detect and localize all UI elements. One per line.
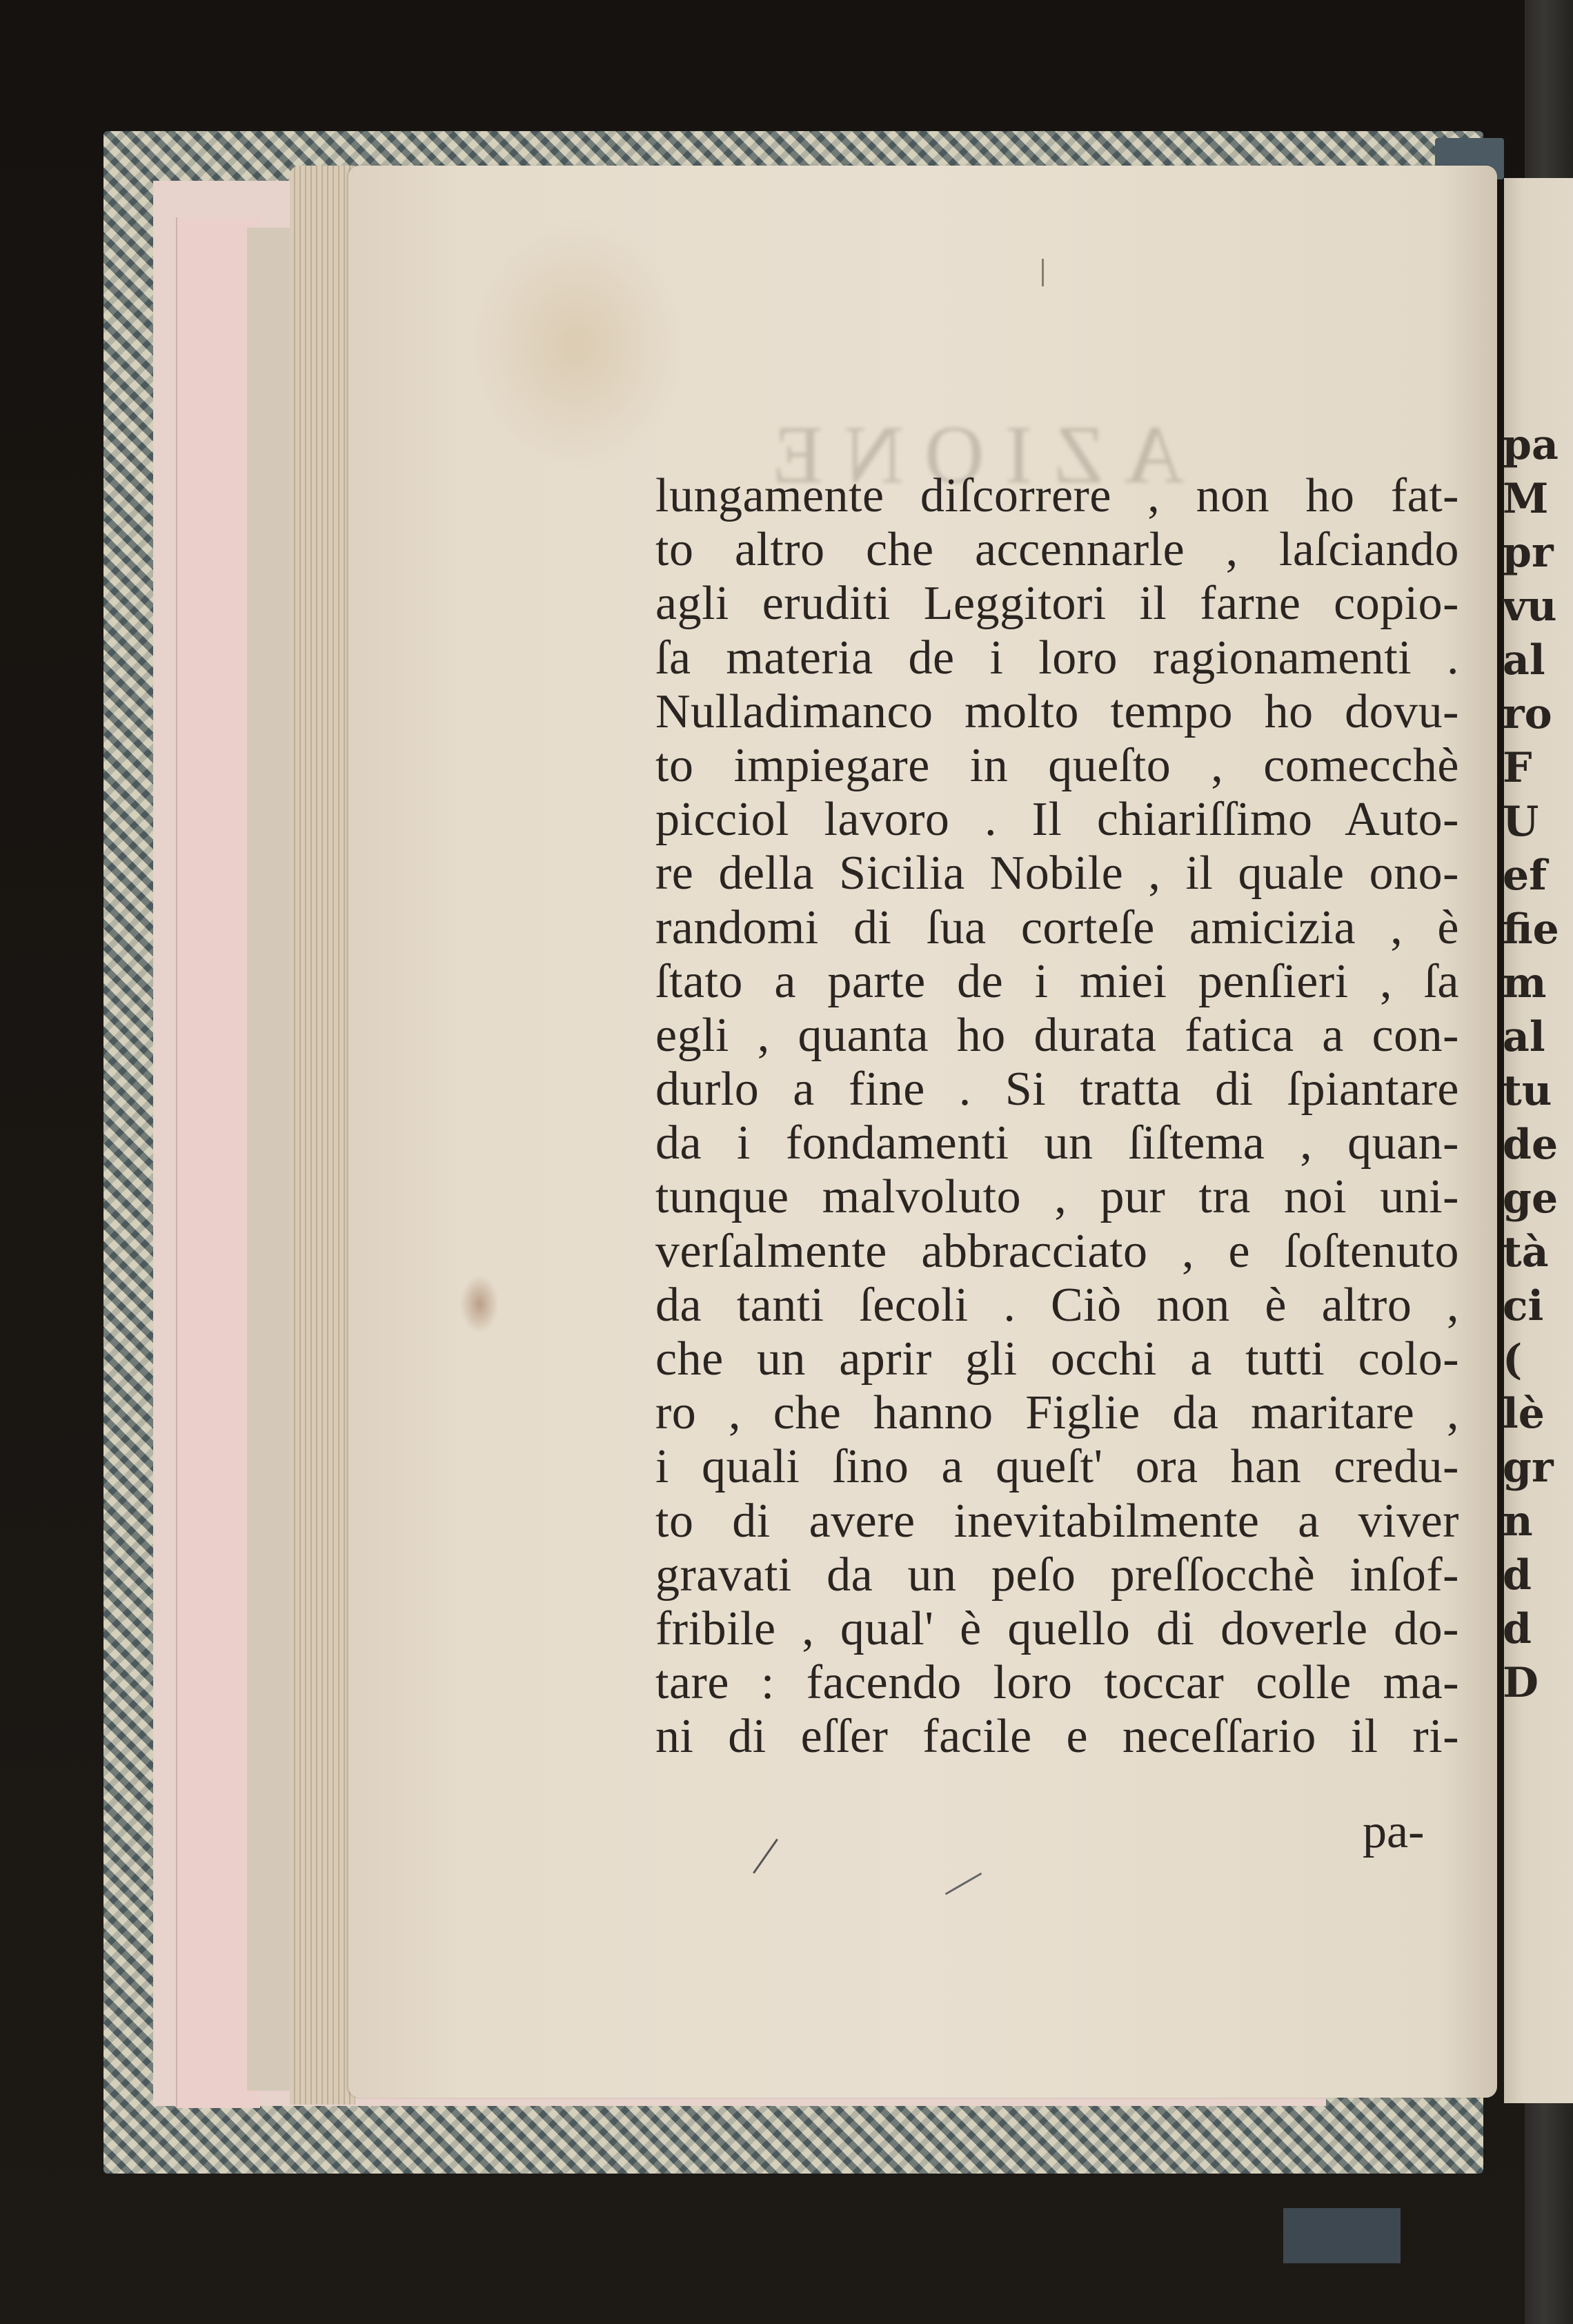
adjacent-page-fragment: F [1503, 747, 1532, 789]
adjacent-page-fragment: fie [1503, 909, 1559, 950]
text-line: ro , che hanno Figlie da maritare , [655, 1386, 1459, 1440]
text-line: tunque malvoluto , pur tra noi uni- [655, 1170, 1459, 1224]
adjacent-page-fragment: pa [1503, 424, 1559, 466]
text-line: ni di eſſer facile e neceſſario il ri- [655, 1710, 1459, 1764]
text-line: Nulladimanco molto tempo ho dovu- [655, 685, 1459, 739]
text-line: ſtato a parte de i miei penſieri , ſa [655, 955, 1459, 1009]
text-line: picciol lavoro . Il chiariſſimo Auto- [655, 793, 1459, 847]
adjacent-page-fragment: lè [1503, 1393, 1545, 1435]
adjacent-page-fragment: ef [1503, 855, 1547, 896]
text-line: tare : facendo loro toccar colle ma- [655, 1656, 1459, 1710]
text-line: da tanti ſecoli . Ciò non è altro , [655, 1279, 1459, 1332]
text-line: to di avere inevitabilmente a viver [655, 1495, 1459, 1548]
adjacent-page-fragment: D [1503, 1662, 1539, 1704]
catchword: pa- [1363, 1804, 1424, 1860]
adjacent-page-fragment: d [1503, 1608, 1532, 1650]
text-line: lungamente diſcorrere , non ho fat- [655, 469, 1459, 523]
adjacent-page-fragment: M [1503, 478, 1548, 520]
text-line: agli eruditi Leggitori il farne copio- [655, 577, 1459, 631]
adjacent-page-fragment: vu [1503, 586, 1557, 627]
adjacent-page-fragment: ( [1503, 1339, 1522, 1381]
text-line: verſalmente abbracciato , e ſoſtenuto [655, 1225, 1459, 1279]
adjacent-page-fragment: U [1503, 801, 1539, 843]
text-line: ſa materia de i loro ragionamenti . [655, 631, 1459, 685]
adjacent-page-fragment: ro [1503, 693, 1552, 735]
adjacent-page-fragment: d [1503, 1555, 1532, 1596]
adjacent-page-fragment: tu [1503, 1070, 1552, 1112]
text-line: gravati da un peſo preſſocchè inſof- [655, 1548, 1459, 1602]
adjacent-page-fragment: gr [1503, 1447, 1554, 1488]
cover-corner-bottom-right [1283, 2208, 1401, 2263]
adjacent-page-fragment: al [1503, 640, 1545, 681]
text-line: i quali ſino a queſt' ora han credu- [655, 1440, 1459, 1494]
adjacent-page-fragment: ci [1503, 1286, 1543, 1327]
adjacent-page-fragment: de [1503, 1124, 1558, 1165]
adjacent-page-fragment: al [1503, 1016, 1545, 1058]
text-line: randomi di ſua corteſe amicizia , è [655, 901, 1459, 955]
adjacent-page-fragment: m [1503, 963, 1547, 1004]
text-line: da i fondamenti un ſiſtema , quan- [655, 1116, 1459, 1170]
text-line: che un aprir gli occhi a tutti colo- [655, 1332, 1459, 1386]
text-line: re della Sicilia Nobile , il quale ono- [655, 847, 1459, 900]
adjacent-page-fragment: n [1503, 1501, 1533, 1542]
paper-mark [1042, 259, 1044, 286]
text-line: to altro che accennarle , laſciando [655, 523, 1459, 577]
page-stack-edges [290, 166, 355, 2105]
adjacent-page-fragment: ge [1503, 1178, 1558, 1219]
text-line: to impiegare in queſto , comecchè [655, 739, 1459, 793]
text-line: fribile , qual' è quello di doverle do- [655, 1602, 1459, 1656]
adjacent-page-fragment: tà [1503, 1232, 1549, 1273]
text-line: egli , quanta ho durata fatica a con- [655, 1009, 1459, 1063]
adjacent-page-fragment: pr [1503, 532, 1554, 573]
page-text-block: lungamente diſcorrere , non ho fat- to a… [655, 469, 1459, 1764]
text-line: durlo a fine . Si tratta di ſpiantare [655, 1063, 1459, 1116]
